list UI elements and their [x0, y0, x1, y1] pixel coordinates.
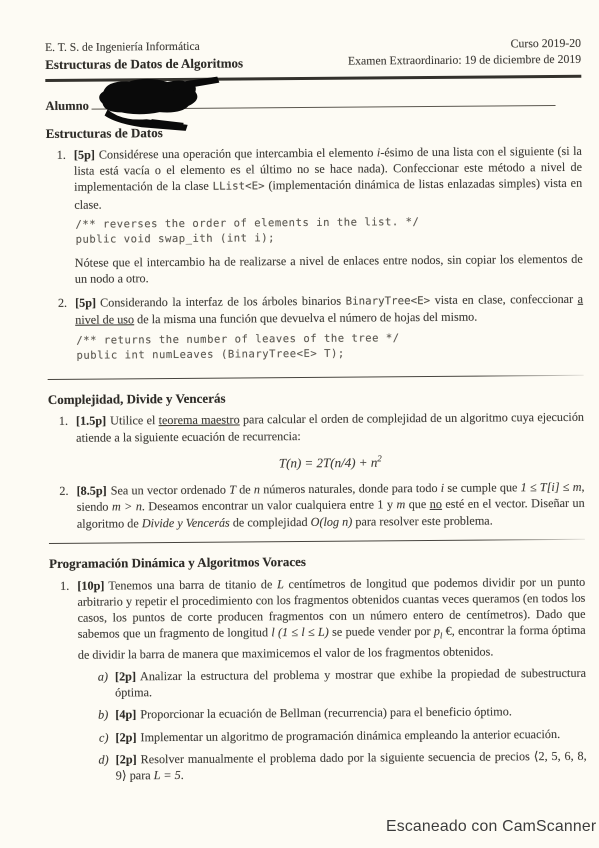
section-title-complejidad: Complejidad, Divide y Vencerás [48, 388, 584, 408]
section-separator [49, 539, 585, 545]
points-badge: [5p] [74, 148, 95, 162]
header-left: E. T. S. de Ingeniería Informática Estru… [45, 38, 243, 73]
subproblem-label: b) [78, 707, 108, 723]
problem-body: [1.5p]Utilice el teorema maestro para ca… [76, 409, 584, 478]
problem-body: [5p]Considérese una operación que interc… [74, 143, 583, 287]
subproblem-b: b) [4p]Proporcionar la ecuación de Bellm… [78, 703, 586, 723]
problem-text: . Deseamos encontrar un valor cualquiera… [142, 498, 397, 514]
italic-term: Divide y Vencerás [142, 515, 230, 530]
problem-text: Tenemos una barra de titanio de [108, 577, 277, 592]
problem-text: Sea un vector ordenado [111, 483, 230, 498]
problem-ed-1: 1. [5p]Considérese una operación que int… [46, 143, 583, 287]
points-badge: [4p] [115, 708, 136, 722]
underlined-text: no [430, 497, 442, 511]
points-badge: [8.5p] [76, 484, 106, 498]
problem-text: Considérese una operación que intercambi… [99, 145, 377, 161]
subproblem-body: [2p]Resolver manualmente el problema dad… [116, 748, 587, 784]
exam-page: E. T. S. de Ingeniería Informática Estru… [45, 36, 587, 784]
code-line: public void swap_ith (int i); [76, 229, 583, 248]
code-block-leaves: /** returns the number of leaves of the … [76, 329, 583, 363]
points-badge: [2p] [116, 752, 137, 766]
subproblem-label: a) [78, 669, 108, 702]
problem-text: números naturales, donde para todo [260, 481, 441, 496]
problem-note: Nótese que el intercambio ha de realizar… [75, 251, 583, 287]
subproblem-label: d) [79, 751, 109, 784]
problem-number: 1. [48, 413, 69, 478]
problem-cx-1: 1. [1.5p]Utilice el teorema maestro para… [48, 409, 584, 478]
section-title-estructuras: Estructuras de Datos [46, 122, 582, 142]
problem-text: de la misma una función que devuelva el … [134, 310, 477, 327]
problem-body: [5p]Considerando la interfaz de los árbo… [75, 291, 584, 367]
math-expr: L = 5 [154, 768, 181, 782]
section-title-programacion: Programación Dinámica y Algoritmos Vorac… [49, 552, 585, 572]
underlined-text: teorema maestro [159, 413, 240, 428]
math-var: m [396, 498, 405, 512]
formula-text: T(n) = 2T(n/4) + n [279, 454, 378, 470]
code-line: public int numLeaves (BinaryTree<E> T); [76, 344, 583, 363]
subproblem-body: [2p]Implementar un algoritmo de programa… [115, 725, 586, 745]
problem-text: vista en clase, confeccionar [430, 292, 578, 307]
course-title: Estructuras de Datos de Algoritmos [45, 56, 243, 74]
problem-text: de complejidad [230, 515, 311, 530]
header-right: Curso 2019-20 Examen Extraordinario: 19 … [348, 36, 581, 69]
subproblem-text: Resolver manualmente el problema dado po… [141, 749, 534, 766]
points-badge: [10p] [77, 578, 104, 592]
subproblem-text: . [181, 768, 184, 782]
problem-text: para resolver este problema. [352, 513, 493, 528]
problem-number: 1. [46, 147, 67, 287]
code-inline: LList<E> [213, 180, 265, 193]
code-inline: BinaryTree<E> [346, 294, 431, 308]
exam-header: E. T. S. de Ingeniería Informática Estru… [45, 36, 581, 74]
problem-text: se puede vender por [329, 624, 434, 639]
code-block-swap: /** reverses the order of elements in th… [75, 214, 582, 248]
student-name-row: Alumno [45, 88, 581, 114]
problem-number: 2. [47, 295, 68, 368]
problem-text: se cumple que [444, 481, 521, 496]
problem-cx-2: 2. [8.5p]Sea un vector ordenado T de n n… [48, 479, 584, 532]
math-expr: m > n [112, 500, 142, 514]
problem-number: 2. [48, 483, 68, 532]
problem-pd-1: 1. [10p]Tenemos una barra de titanio de … [49, 573, 587, 784]
problem-text: Utilice el [110, 413, 159, 427]
subproblem-text: Proporcionar la ecuación de Bellman (rec… [140, 705, 512, 722]
subproblem-body: [4p]Proporcionar la ecuación de Bellman … [115, 703, 586, 723]
points-badge: [5p] [75, 296, 96, 310]
subproblem-body: [2p]Analizar la estructura del problema … [115, 665, 586, 701]
math-expr: (1 ≤ l ≤ L) [275, 625, 329, 639]
exam-title: Examen Extraordinario: 19 de diciembre d… [348, 51, 581, 68]
subproblem-d: d) [2p]Resolver manualmente el problema … [79, 748, 587, 784]
subproblem-text: Implementar un algoritmo de programación… [140, 727, 560, 744]
header-rule [45, 75, 581, 82]
points-badge: [2p] [115, 730, 136, 744]
problem-body: [8.5p]Sea un vector ordenado T de n núme… [76, 479, 584, 532]
points-badge: [2p] [115, 669, 136, 683]
student-name-line [92, 105, 556, 110]
problem-text: de [236, 483, 254, 497]
math-expr: O(log n) [311, 514, 353, 528]
student-label: Alumno [45, 97, 89, 114]
subproblem-text: para [127, 768, 154, 782]
recurrence-formula: T(n) = 2T(n/4) + n2 [76, 449, 584, 474]
redacted-student-name [91, 74, 225, 131]
subproblem-label: c) [78, 729, 108, 745]
problem-number: 1. [49, 577, 71, 784]
formula-exponent: 2 [377, 453, 382, 463]
problem-body: [10p]Tenemos una barra de titanio de L c… [77, 573, 587, 784]
section-separator [48, 374, 584, 380]
school-name: E. T. S. de Ingeniería Informática [45, 38, 243, 56]
subproblem-a: a) [2p]Analizar la estructura del proble… [78, 665, 586, 701]
problem-ed-2: 2. [5p]Considerando la interfaz de los á… [47, 291, 584, 368]
camscanner-watermark: Escaneado con CamScanner [386, 818, 596, 836]
subproblem-c: c) [2p]Implementar un algoritmo de progr… [78, 725, 586, 745]
problem-text: que [405, 497, 430, 511]
subproblem-text: Analizar la estructura del problema y mo… [115, 666, 586, 700]
math-expr: 1 ≤ T[i] ≤ m [521, 480, 582, 494]
problem-text: Considerando la interfaz de los árboles … [100, 294, 346, 310]
points-badge: [1.5p] [76, 414, 106, 428]
course-term: Curso 2019-20 [348, 36, 581, 53]
